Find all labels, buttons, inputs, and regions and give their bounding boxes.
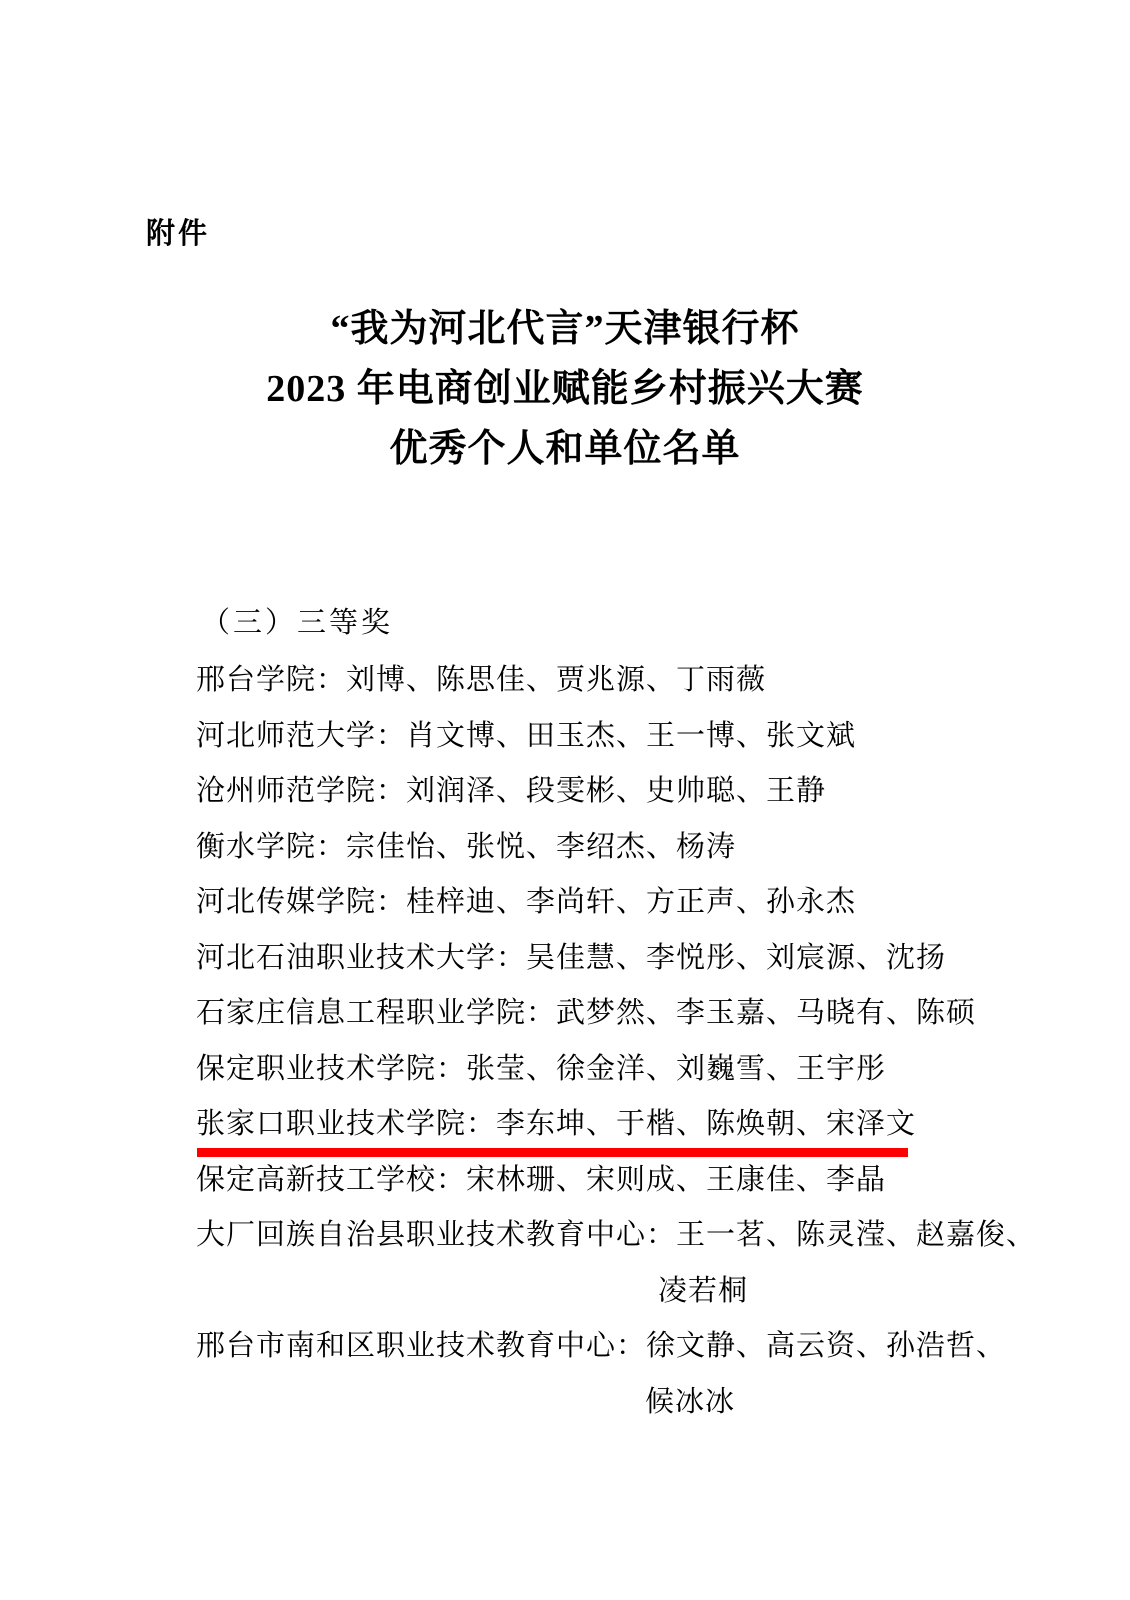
- title-line-1: “我为河北代言”天津银行杯: [0, 299, 1130, 359]
- red-underline-marker: [197, 1148, 908, 1157]
- award-entry: 保定高新技工学校：宋林珊、宋则成、王康佳、李晶: [196, 1161, 886, 1199]
- document-page: 附件 “我为河北代言”天津银行杯 2023 年电商创业赋能乡村振兴大赛 优秀个人…: [0, 0, 1130, 1600]
- award-entry: 河北传媒学院：桂梓迪、李尚轩、方正声、孙永杰: [196, 883, 856, 921]
- award-entry: 河北师范大学：肖文博、田玉杰、王一博、张文斌: [196, 717, 856, 755]
- award-entry-continuation: 候冰冰: [645, 1383, 735, 1421]
- award-entry: 邢台市南和区职业技术教育中心：徐文静、高云资、孙浩哲、: [196, 1327, 1006, 1365]
- attachment-label: 附件: [146, 211, 210, 252]
- award-entry-highlighted: 张家口职业技术学院：李东坤、于楷、陈焕朝、宋泽文: [196, 1105, 916, 1143]
- section-heading-third-prize: （三）三等奖: [201, 600, 393, 641]
- award-entry: 保定职业技术学院：张莹、徐金洋、刘巍雪、王宇彤: [196, 1050, 886, 1088]
- award-entry-continuation: 凌若桐: [658, 1272, 748, 1310]
- award-entry: 大厂回族自治县职业技术教育中心：王一茗、陈灵滢、赵嘉俊、: [196, 1216, 1036, 1254]
- award-entry: 河北石油职业技术大学：吴佳慧、李悦彤、刘宸源、沈扬: [196, 939, 946, 977]
- document-title: “我为河北代言”天津银行杯 2023 年电商创业赋能乡村振兴大赛 优秀个人和单位…: [0, 299, 1130, 479]
- award-entry: 邢台学院：刘博、陈思佳、贾兆源、丁雨薇: [196, 661, 766, 699]
- title-line-2: 2023 年电商创业赋能乡村振兴大赛: [0, 359, 1130, 419]
- award-entry: 沧州师范学院：刘润泽、段雯彬、史帅聪、王静: [196, 772, 826, 810]
- title-line-3: 优秀个人和单位名单: [0, 419, 1130, 479]
- award-entry: 石家庄信息工程职业学院：武梦然、李玉嘉、马晓有、陈硕: [196, 994, 976, 1032]
- award-entry: 衡水学院：宗佳怡、张悦、李绍杰、杨涛: [196, 828, 736, 866]
